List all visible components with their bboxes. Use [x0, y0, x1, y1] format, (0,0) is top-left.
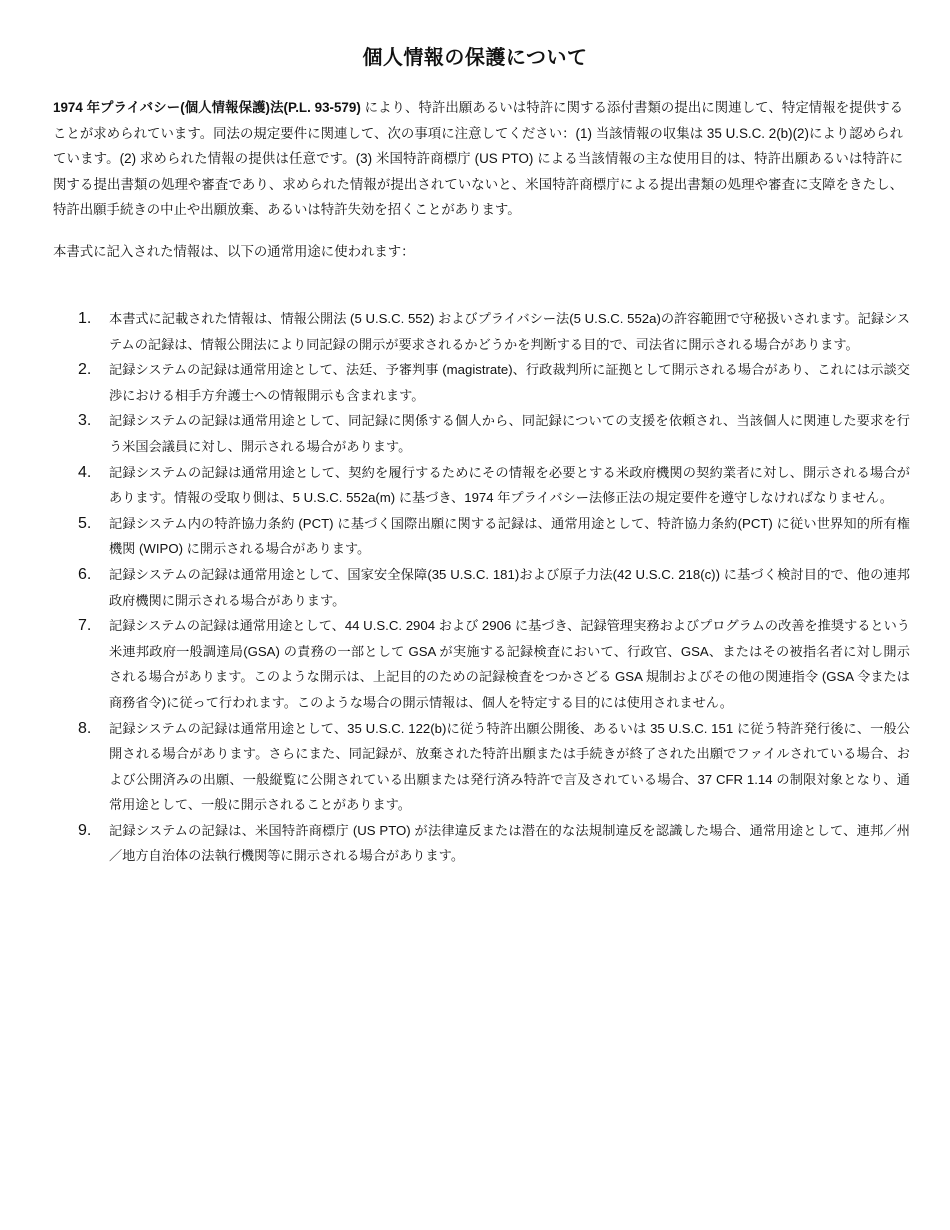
routine-uses-heading: 本書式に記入された情報は、以下の通常用途に使われます： [53, 241, 903, 263]
list-item: 2. 記録システムの記録は通常用途として、法廷、予審判事 (magistrate… [78, 357, 910, 408]
list-item-number: 8. [78, 716, 91, 742]
list-item-text: 記録システムの記録は通常用途として、国家安全保障(35 U.S.C. 181)お… [109, 567, 910, 608]
list-item-number: 4. [78, 460, 91, 486]
intro-paragraph: 1974 年プライバシー(個人情報保護)法(P.L. 93-579) により、特… [53, 95, 903, 223]
list-item-number: 5. [78, 511, 91, 537]
list-item-text: 記録システムの記録は通常用途として、契約を履行するためにその情報を必要とする米政… [109, 465, 910, 506]
list-item-number: 3. [78, 408, 91, 434]
document-page: 個人情報の保護について 1974 年プライバシー(個人情報保護)法(P.L. 9… [0, 0, 950, 1230]
page-title: 個人情報の保護について [0, 44, 950, 72]
list-item-text: 記録システムの記録は、米国特許商標庁 (US PTO) が法律違反または潜在的な… [109, 823, 910, 864]
list-item-text: 記録システムの記録は通常用途として、同記録に関係する個人から、同記録についての支… [109, 413, 910, 454]
list-item: 6. 記録システムの記録は通常用途として、国家安全保障(35 U.S.C. 18… [78, 562, 910, 613]
list-item-text: 記録システム内の特許協力条約 (PCT) に基づく国際出願に関する記録は、通常用… [109, 516, 910, 557]
list-item-text: 本書式に記載された情報は、情報公開法 (5 U.S.C. 552) およびプライ… [109, 311, 910, 352]
list-item-text: 記録システムの記録は通常用途として、法廷、予審判事 (magistrate)、行… [109, 362, 910, 403]
list-item: 8. 記録システムの記録は通常用途として、35 U.S.C. 122(b)に従う… [78, 716, 910, 818]
list-item-number: 2. [78, 357, 91, 383]
list-item: 3. 記録システムの記録は通常用途として、同記録に関係する個人から、同記録につい… [78, 408, 910, 459]
list-item-number: 7. [78, 613, 91, 639]
intro-body-text: により、特許出願あるいは特許に関する添付書類の提出に関連して、特定情報を提供する… [53, 100, 903, 217]
list-item-number: 6. [78, 562, 91, 588]
list-item-text: 記録システムの記録は通常用途として、35 U.S.C. 122(b)に従う特許出… [109, 721, 910, 813]
list-item: 5. 記録システム内の特許協力条約 (PCT) に基づく国際出願に関する記録は、… [78, 511, 910, 562]
list-item: 4. 記録システムの記録は通常用途として、契約を履行するためにその情報を必要とす… [78, 460, 910, 511]
list-item-number: 9. [78, 818, 91, 844]
list-item: 1. 本書式に記載された情報は、情報公開法 (5 U.S.C. 552) および… [78, 306, 910, 357]
list-item-text: 記録システムの記録は通常用途として、44 U.S.C. 2904 および 290… [109, 618, 910, 710]
list-item: 7. 記録システムの記録は通常用途として、44 U.S.C. 2904 および … [78, 613, 910, 715]
intro-lead-text: 1974 年プライバシー(個人情報保護)法(P.L. 93-579) [53, 100, 361, 115]
list-item: 9. 記録システムの記録は、米国特許商標庁 (US PTO) が法律違反または潜… [78, 818, 910, 869]
routine-uses-list: 1. 本書式に記載された情報は、情報公開法 (5 U.S.C. 552) および… [78, 306, 910, 869]
list-item-number: 1. [78, 306, 91, 332]
